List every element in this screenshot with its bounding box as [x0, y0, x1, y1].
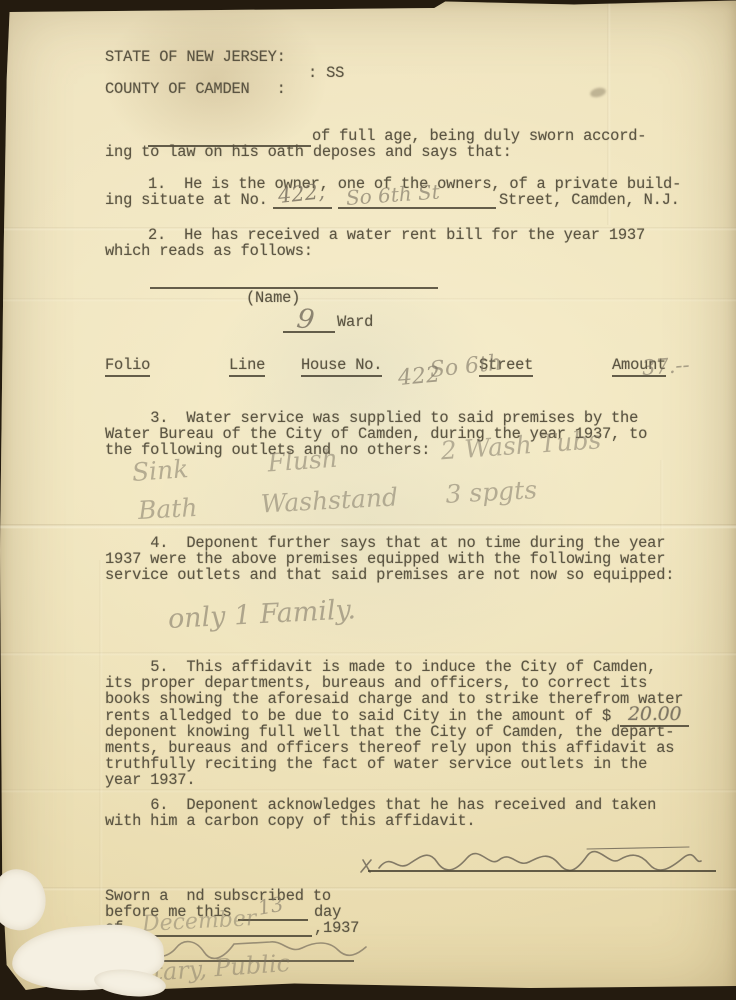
- para2-line2: which reads as follows:: [105, 244, 313, 260]
- caption-state-line: STATE OF NEW JERSEY:: [105, 50, 286, 66]
- paper-sheet: STATE OF NEW JERSEY: : SS COUNTY OF CAMD…: [0, 0, 736, 1000]
- scanned-affidavit-document: STATE OF NEW JERSEY: : SS COUNTY OF CAMD…: [0, 0, 736, 1000]
- para1-line2-post: Street, Camden, N.J.: [499, 193, 680, 209]
- row-amount: 37.--: [641, 353, 690, 380]
- handwritten-day: 13: [256, 892, 285, 920]
- fold-crease: [0, 652, 736, 656]
- para4-text: 4. Deponent further says that at no time…: [105, 536, 674, 583]
- handwritten-family-note: only 1 Family.: [167, 594, 356, 635]
- handwritten-outlets-line2: Bath Washstand 3 spgts: [137, 475, 537, 525]
- col-header-house-no: House No.: [301, 358, 382, 377]
- handwritten-street: So 6th St: [345, 179, 440, 209]
- para5-text-post: deponent knowing full well that the City…: [105, 723, 674, 788]
- caption-county-line: COUNTY OF CAMDEN :: [105, 82, 286, 98]
- fold-crease: [0, 298, 736, 302]
- pencil-smudge: [589, 86, 607, 99]
- col-header-folio: Folio: [105, 358, 150, 377]
- ward-label: Ward: [337, 315, 373, 331]
- para5-text-pre: 5. This affidavit is made to induce the …: [105, 658, 683, 725]
- para5-text: 5. This affidavit is made to induce the …: [105, 660, 720, 788]
- handwritten-house-no: 422,: [277, 179, 326, 208]
- row-street: So 6th: [429, 351, 504, 383]
- col-header-line: Line: [229, 358, 265, 377]
- fold-crease: [0, 789, 736, 793]
- fold-crease: [0, 524, 736, 529]
- caption-ss: : SS: [308, 66, 344, 82]
- para1-line2-pre: ing situate at No.: [105, 193, 268, 209]
- name-label: (Name): [246, 291, 300, 307]
- opening-line2: ing to law on his oath deposes and says …: [105, 145, 512, 161]
- para6-text: 6. Deponent acknowledges that he has rec…: [105, 798, 656, 830]
- deponent-signature: [355, 842, 705, 878]
- deponent-signature-line: [368, 870, 716, 872]
